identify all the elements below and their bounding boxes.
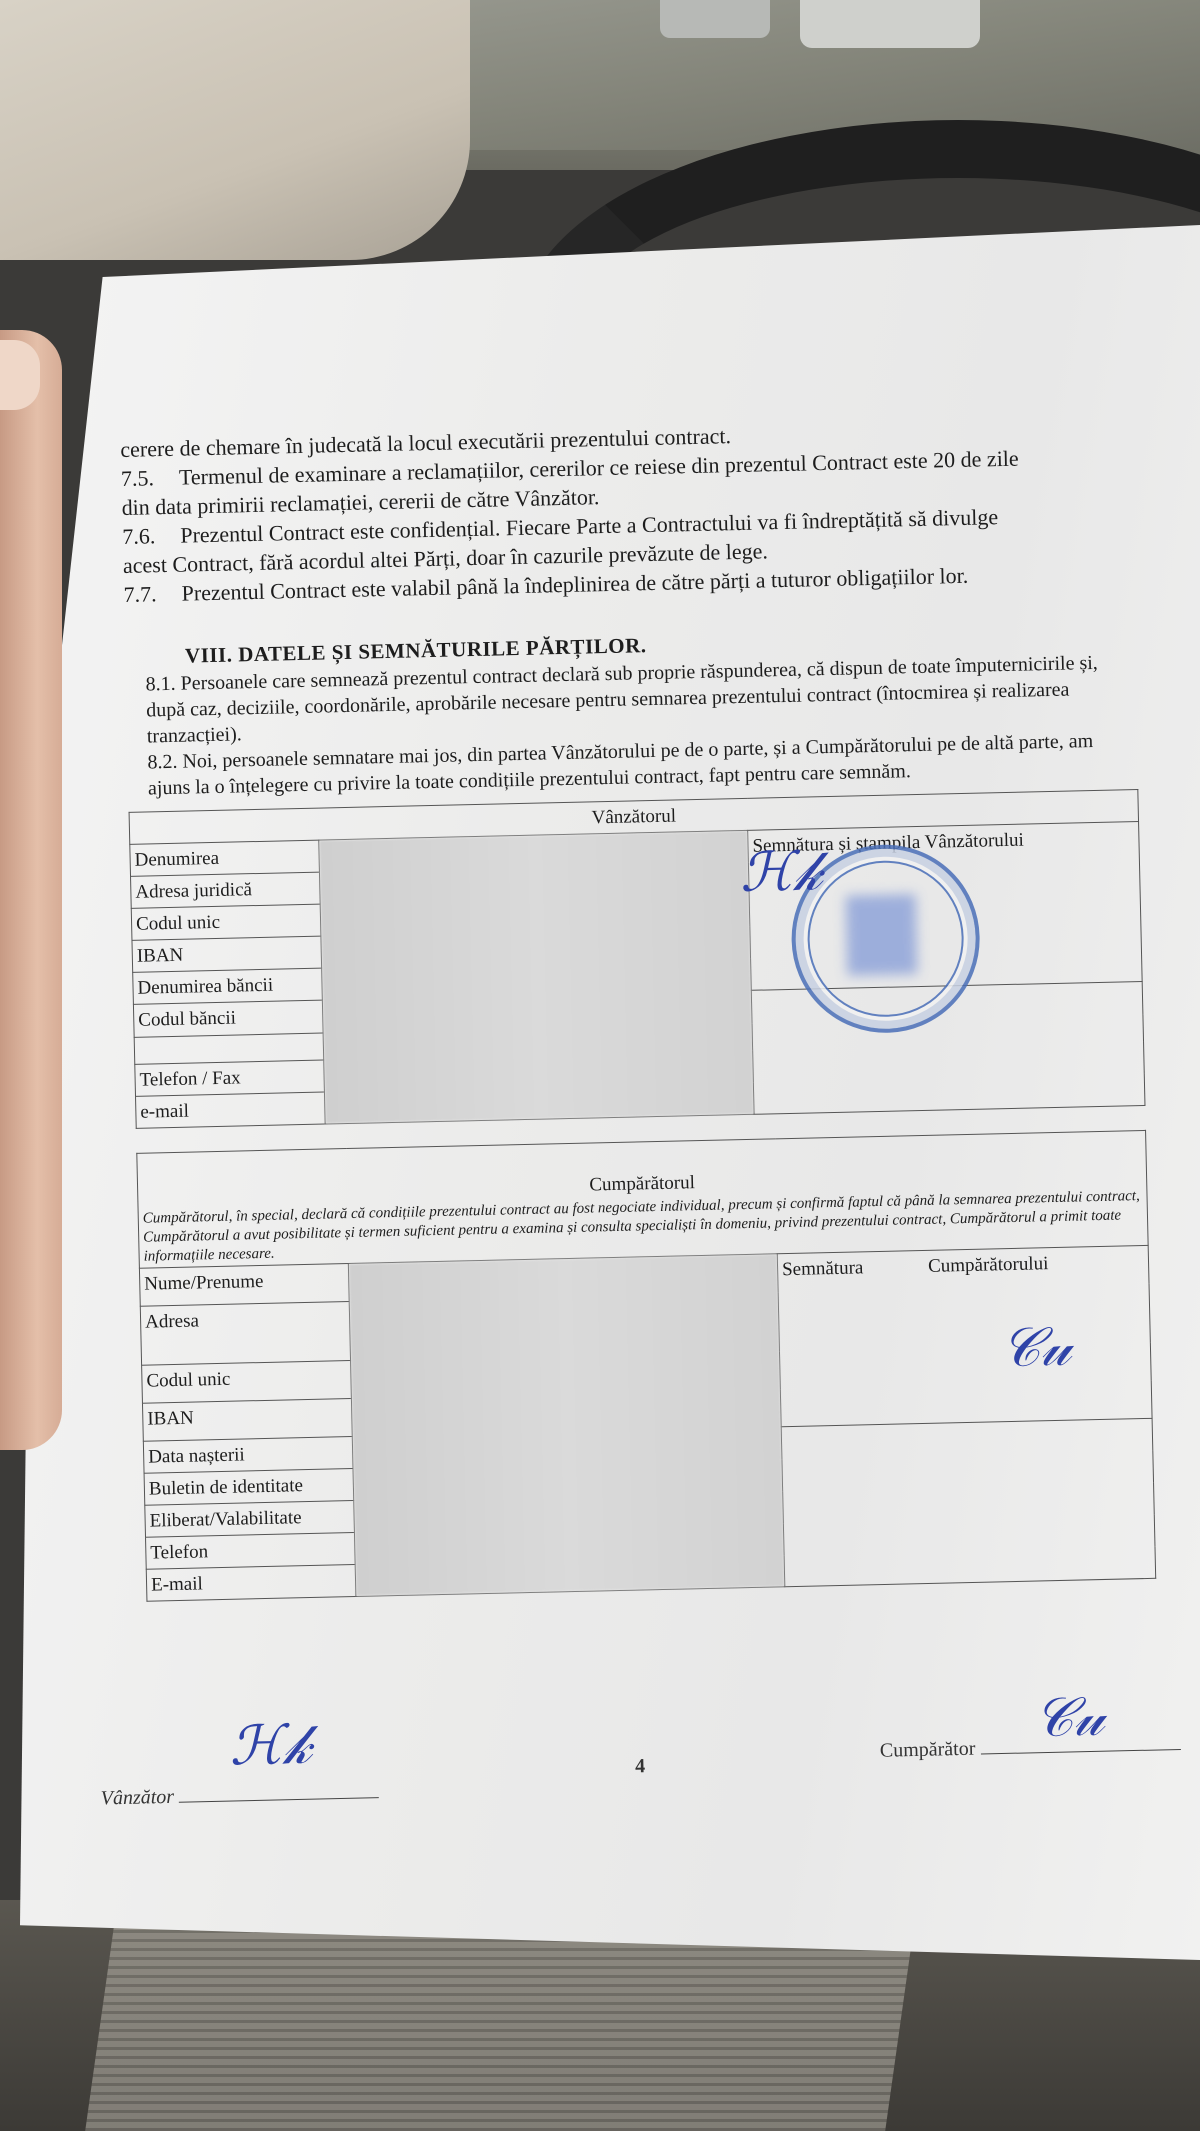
hand-thumb <box>0 330 62 1450</box>
field-label: Eliberat/Valabilitate <box>145 1500 355 1537</box>
clause-number: 7.5. <box>121 463 180 493</box>
clause-number: 7.6. <box>122 521 181 551</box>
footer-seller: Vânzător <box>100 1781 379 1810</box>
footer-seller-label: Vânzător <box>100 1786 174 1810</box>
field-label: Denumirea băncii <box>133 968 323 1004</box>
redacted-buyer-values: . <box>348 1254 784 1597</box>
field-label: e-mail <box>136 1092 326 1128</box>
buyer-signature-header-right: Cumpărătorului <box>928 1253 1049 1277</box>
page-number: 4 <box>635 1755 646 1778</box>
newspaper-underneath <box>85 1920 915 2131</box>
buyer-signature-cell: Semnătura Cumpărătorului <box>777 1245 1152 1426</box>
field-label: E-mail <box>146 1564 356 1601</box>
parked-car <box>660 0 770 38</box>
buyer-signature-line <box>980 1749 1180 1755</box>
field-label: Codul unic <box>131 904 321 940</box>
seller-table-wrap: Vânzătorul Denumirea . Semnătura și ștam… <box>129 789 1146 1129</box>
buyer-table-wrap: Cumpărătorul Cumpărătorul, în special, d… <box>136 1130 1156 1602</box>
field-label: IBAN <box>142 1398 352 1441</box>
redacted-stamp-center <box>846 894 918 976</box>
thumbnail <box>0 340 40 410</box>
field-label: IBAN <box>132 936 322 972</box>
field-label: Adresa juridică <box>131 872 321 908</box>
footer-buyer: Cumpărător <box>880 1733 1181 1763</box>
footer-buyer-signature: 𝒞𝓊 <box>1033 1685 1104 1751</box>
clause-number: 7.7. <box>123 579 182 609</box>
seller-table: Vânzătorul Denumirea . Semnătura și ștam… <box>129 789 1146 1129</box>
dashboard <box>0 0 470 260</box>
buyer-extra-cell <box>781 1418 1156 1586</box>
field-label: Telefon / Fax <box>135 1060 325 1096</box>
field-label: Adresa <box>140 1302 350 1366</box>
buyer-signature: 𝒞𝓊 <box>1001 1332 1071 1363</box>
clause-number: 8.2. <box>147 751 177 774</box>
field-label <box>134 1033 324 1064</box>
seller-signature: ℋ𝓀 <box>740 856 823 887</box>
field-label: Codul băncii <box>133 1000 323 1037</box>
field-label: Nume/Prenume <box>139 1264 349 1307</box>
buyer-signature-header-left: Semnătura <box>782 1257 864 1280</box>
field-label: Buletin de identitate <box>144 1468 354 1505</box>
footer-seller-signature: ℋ𝓀 <box>229 1713 313 1779</box>
field-label: Telefon <box>146 1532 356 1569</box>
buyer-header-cell: Cumpărătorul Cumpărătorul, în special, d… <box>137 1130 1148 1268</box>
field-label: Data nașterii <box>143 1436 353 1473</box>
seller-signature-line <box>179 1797 379 1803</box>
redacted-seller-values: . <box>319 830 754 1124</box>
field-label: Codul unic <box>142 1361 352 1404</box>
contract-content: cerere de chemare în judecată la locul e… <box>120 412 1156 1602</box>
footer-buyer-label: Cumpărător <box>880 1738 976 1762</box>
field-label: Denumirea <box>130 840 320 876</box>
parked-car <box>800 0 980 48</box>
clause-number: 8.1. <box>145 673 175 696</box>
